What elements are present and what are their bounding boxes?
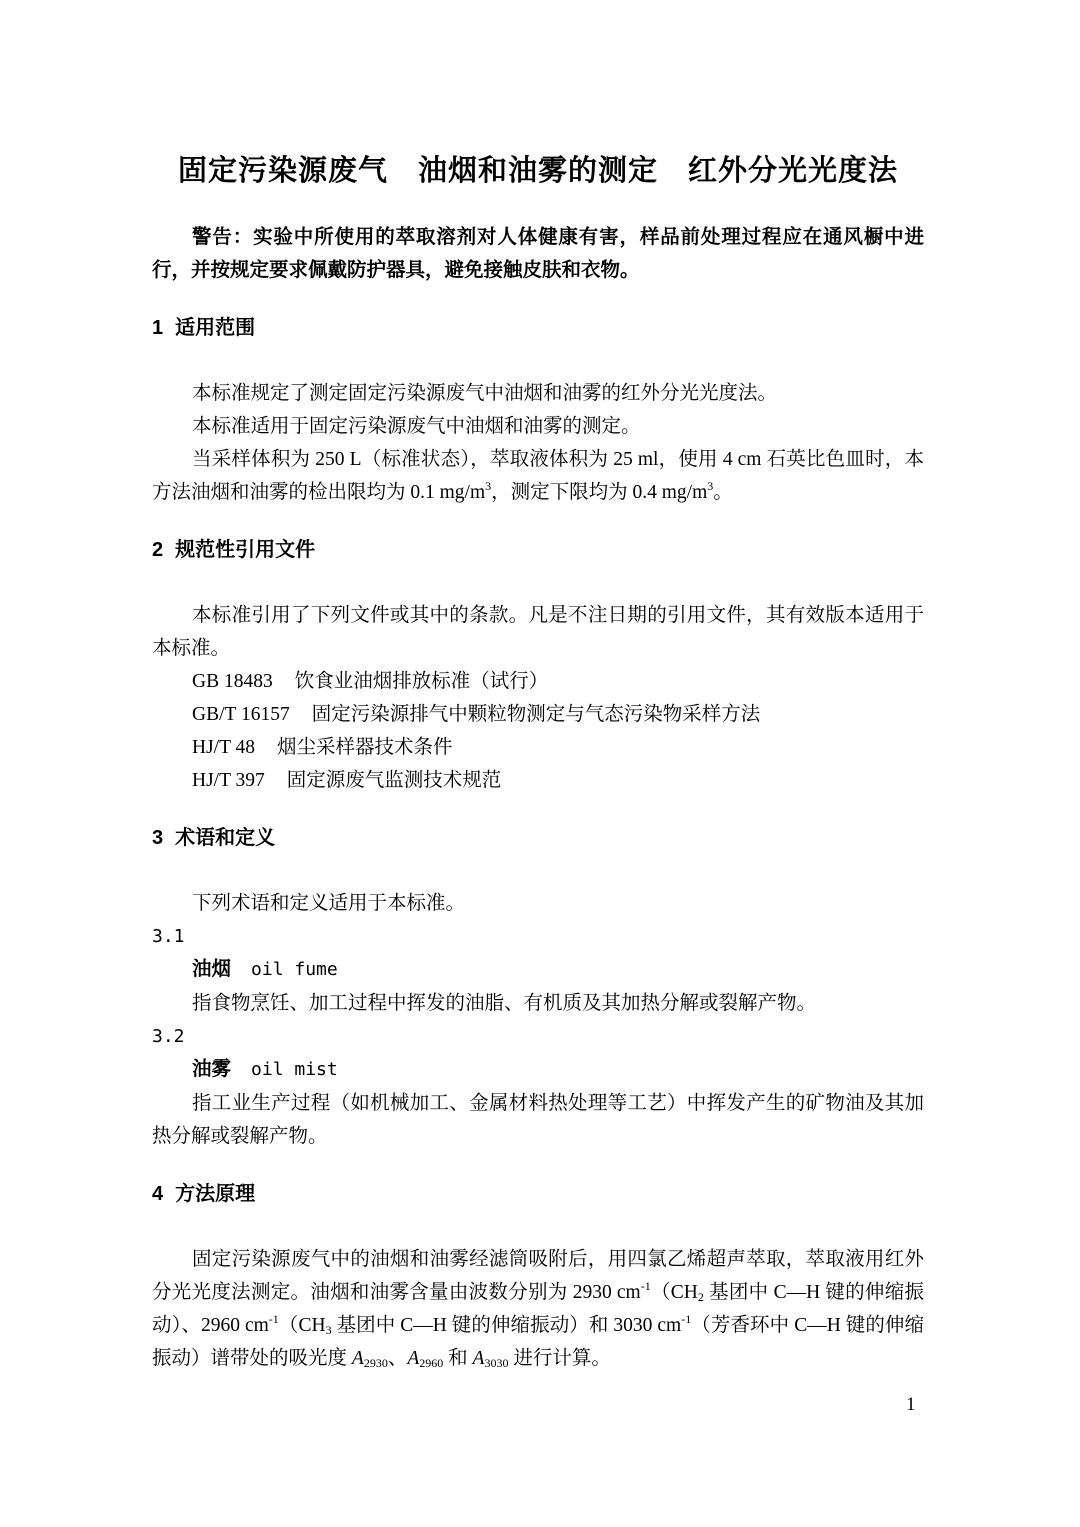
section-title: 适用范围 xyxy=(175,317,255,339)
reference-item: HJ/T 48烟尘采样器技术条件 xyxy=(152,731,924,764)
term-name-zh: 油烟 xyxy=(192,958,231,980)
term-name-en: oil mist xyxy=(251,1059,338,1080)
section-title: 规范性引用文件 xyxy=(175,539,315,561)
references-intro-paragraph: 本标准引用了下列文件或其中的条款。凡是不注日期的引用文件，其有效版本适用于本标准… xyxy=(152,599,924,665)
reference-title: 固定源废气监测技术规范 xyxy=(287,770,502,791)
reference-item: HJ/T 397固定源废气监测技术规范 xyxy=(152,764,924,797)
reference-code: GB/T 16157 xyxy=(192,704,290,725)
term-definition: 指工业生产过程（如机械加工、金属材料热处理等工艺）中挥发产生的矿物油及其加热分解… xyxy=(152,1087,924,1153)
document-content: 固定污染源废气 油烟和油雾的测定 红外分光光度法 警告：实验中所使用的萃取溶剂对… xyxy=(152,0,924,1375)
detection-limit-paragraph: 当采样体积为 250 L（标准状态），萃取液体积为 25 ml，使用 4 cm … xyxy=(152,443,924,509)
reference-title: 烟尘采样器技术条件 xyxy=(277,737,453,758)
reference-code: HJ/T 397 xyxy=(192,770,265,791)
section-heading-terms-definitions: 3术语和定义 xyxy=(152,826,924,850)
terms-intro-paragraph: 下列术语和定义适用于本标准。 xyxy=(152,887,924,920)
section-heading-method-principle: 4方法原理 xyxy=(152,1182,924,1206)
section-title: 术语和定义 xyxy=(175,827,275,849)
reference-code: GB 18483 xyxy=(192,671,273,692)
reference-item: GB 18483饮食业油烟排放标准（试行） xyxy=(152,665,924,698)
warning-paragraph: 警告：实验中所使用的萃取溶剂对人体健康有害，样品前处理过程应在通风橱中进行，并按… xyxy=(152,221,924,287)
term-entry: 油雾oil mist xyxy=(152,1053,924,1087)
document-page: 固定污染源废气 油烟和油雾的测定 红外分光光度法 警告：实验中所使用的萃取溶剂对… xyxy=(0,0,1080,1527)
term-name-zh: 油雾 xyxy=(192,1058,231,1080)
term-number: 3.2 xyxy=(152,1020,924,1053)
section-number: 4 xyxy=(152,1183,163,1205)
term-name-en: oil fume xyxy=(251,959,338,980)
section-number: 3 xyxy=(152,827,163,849)
scope-paragraph: 本标准规定了测定固定污染源废气中油烟和油雾的红外分光光度法。 xyxy=(152,377,924,410)
reference-item: GB/T 16157固定污染源排气中颗粒物测定与气态污染物采样方法 xyxy=(152,698,924,731)
section-number: 2 xyxy=(152,539,163,561)
section-heading-scope: 1适用范围 xyxy=(152,316,924,340)
section-heading-normative-references: 2规范性引用文件 xyxy=(152,538,924,562)
principle-paragraph: 固定污染源废气中的油烟和油雾经滤筒吸附后，用四氯乙烯超声萃取，萃取液用红外分光光… xyxy=(152,1243,924,1375)
document-title: 固定污染源废气 油烟和油雾的测定 红外分光光度法 xyxy=(152,153,924,189)
term-definition: 指食物烹饪、加工过程中挥发的油脂、有机质及其加热分解或裂解产物。 xyxy=(152,987,924,1020)
page-number: 1 xyxy=(906,1393,916,1417)
section-title: 方法原理 xyxy=(175,1183,255,1205)
reference-title: 饮食业油烟排放标准（试行） xyxy=(295,671,549,692)
reference-code: HJ/T 48 xyxy=(192,737,255,758)
section-number: 1 xyxy=(152,317,163,339)
term-entry: 油烟oil fume xyxy=(152,953,924,987)
term-number: 3.1 xyxy=(152,920,924,953)
scope-paragraph: 本标准适用于固定污染源废气中油烟和油雾的测定。 xyxy=(152,410,924,443)
reference-title: 固定污染源排气中颗粒物测定与气态污染物采样方法 xyxy=(312,704,761,725)
